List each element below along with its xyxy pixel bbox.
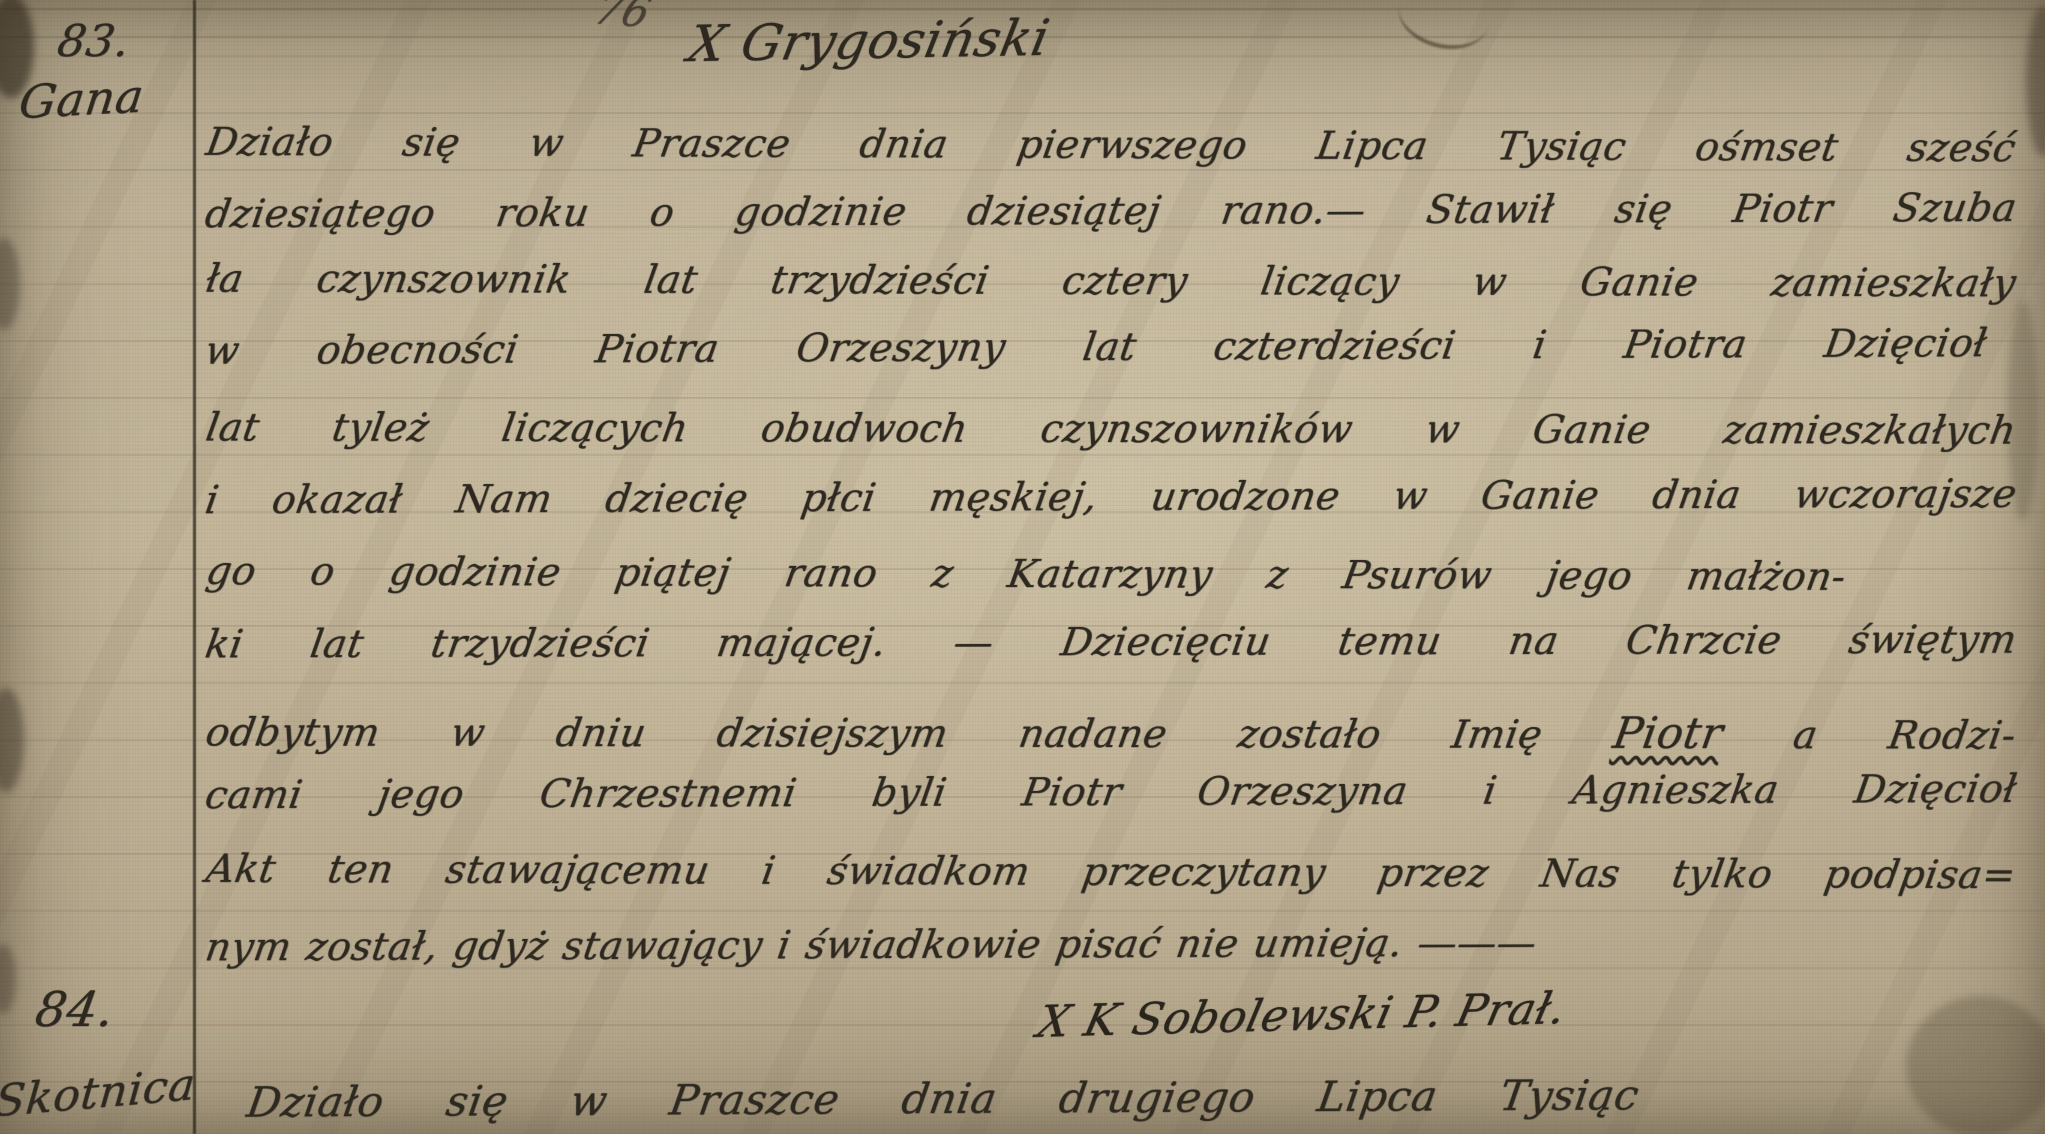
- record-83-text-line: Akt ten stawającemu i świadkom przeczyta…: [202, 844, 2019, 902]
- record-84-first-line: Działo się w Praszce dnia drugiego Lipca…: [243, 1068, 1642, 1129]
- ink-smudge-artifact: [0, 688, 24, 792]
- ink-smudge-artifact: [0, 238, 20, 330]
- ink-smudge-artifact: [2026, 6, 2045, 156]
- name-line-after: a Rodzi-: [1719, 713, 2020, 759]
- record-83-text-line: i okazał Nam dziecię płci męskiej, urodz…: [201, 469, 2020, 527]
- record-83-name-line: odbytym w dniu dzisiejszym nadane został…: [202, 705, 2020, 762]
- ink-bleedthrough-artifact: [1906, 996, 2045, 1134]
- name-line-before: odbytym w dniu dzisiejszym nadane został…: [203, 710, 1617, 757]
- register-page-scan: 76 X Grygosiński 83. Gana 84. Skotnica D…: [0, 0, 2045, 1134]
- priest-signature: X K Sobolewski P. Prał.: [1033, 983, 1571, 1048]
- record-84-margin-place: Skotnica: [0, 1059, 198, 1127]
- record-83-margin-number: 83.: [54, 16, 134, 67]
- child-name-underlined: Piotr: [1610, 709, 1727, 759]
- record-83-text-line: lat tyleż liczących obudwoch czynszownik…: [202, 402, 2020, 457]
- record-83-margin-place: Gana: [16, 69, 147, 129]
- record-83-text-line: nym został, gdyż stawający i świadkowie …: [202, 918, 1541, 975]
- record-83-text-line: ła czynszownik lat trzydzieści cztery li…: [202, 254, 2020, 311]
- record-83-text-line: ki lat trzydzieści mającej. — Dziecięciu…: [202, 615, 2021, 672]
- page-number: 76: [589, 0, 658, 37]
- record-83-text-line: dziesiątego roku o godzinie dziesiątej r…: [201, 183, 2020, 241]
- margin-rule-line: [193, 0, 196, 1134]
- ink-smudge-artifact: [0, 944, 16, 1014]
- record-83-title: X Grygosiński: [684, 9, 1055, 73]
- record-84-margin-number: 84.: [32, 982, 119, 1038]
- record-83-text-line: w obecności Piotra Orzeszyny lat czterdz…: [201, 318, 1990, 378]
- record-83-text-line: go o godzinie piątej rano z Katarzyny z …: [202, 546, 1850, 604]
- record-83-text-line: cami jego Chrzestnemi byli Piotr Orzeszy…: [201, 764, 2020, 822]
- record-83-text-line: Działo się w Praszce dnia pierwszego Lip…: [202, 117, 2019, 175]
